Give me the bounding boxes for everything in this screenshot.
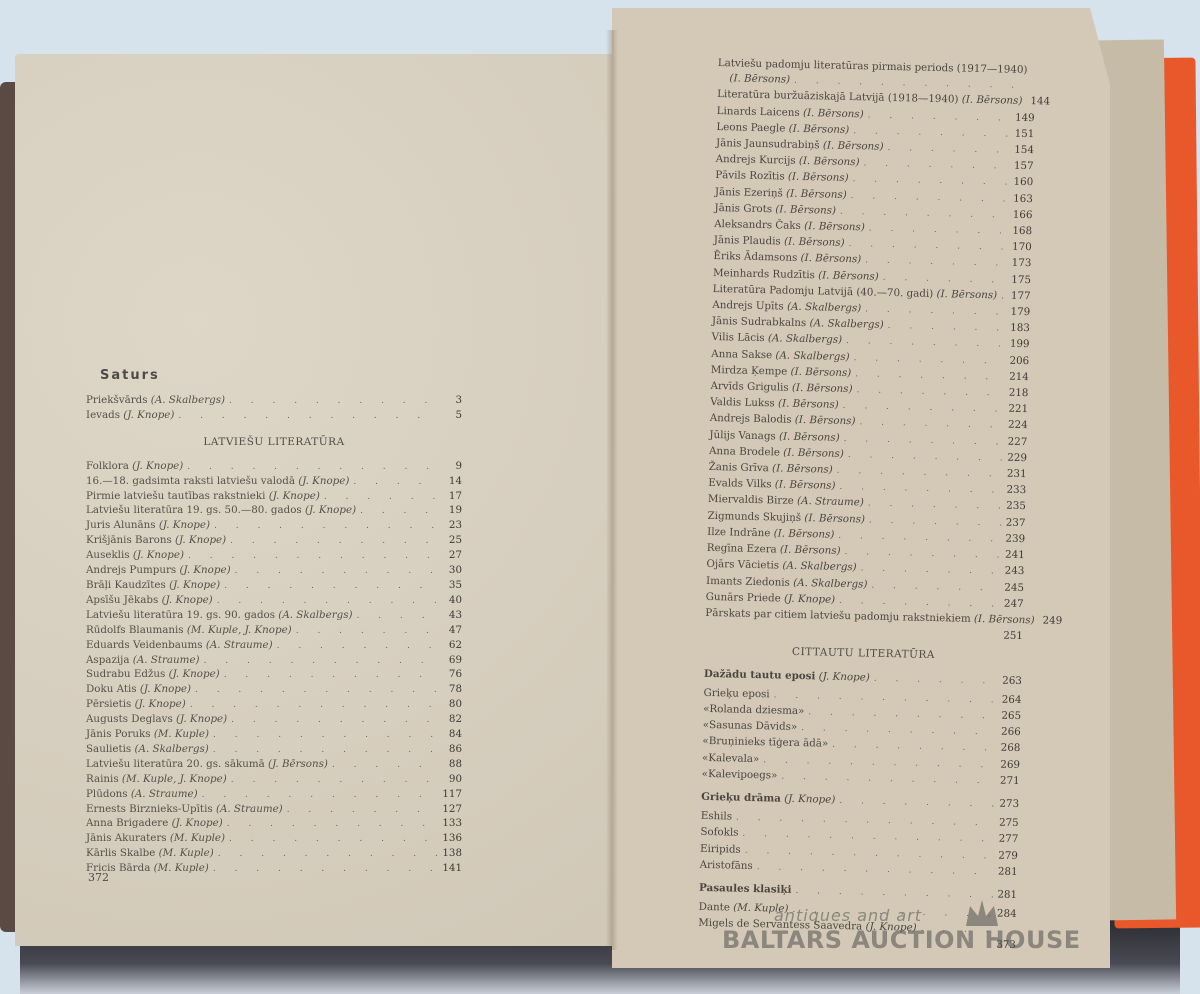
entry-title: Anna Brodele (709, 445, 780, 459)
entry-title: Jānis Akuraters (86, 832, 167, 844)
entry-title: Linards Laicens (717, 105, 800, 119)
entry-title: Literatūra Padomju Latvijā (40.—70. gadi… (713, 283, 934, 300)
entry-page: 80 (444, 698, 462, 712)
entry-page: 76 (444, 668, 462, 682)
entry-title: Imants Ziedonis (706, 574, 790, 588)
entry-author: (A. Skalbergs) (793, 576, 867, 590)
entry-author: (I. Bērsons) (783, 446, 844, 459)
entry-author: (I. Bērsons) (788, 171, 849, 184)
entry-page: 17 (444, 490, 462, 504)
entry-title: Pasaules klasiķi (699, 882, 792, 896)
entry-title: 16.—18. gadsimta raksti latviešu valodā (86, 475, 295, 487)
entry-author: (I. Bērsons) (974, 613, 1035, 626)
entry-page: 237 (1006, 515, 1026, 531)
entry-page: 241 (1005, 548, 1025, 564)
entry-page: 265 (1001, 709, 1021, 725)
entry-page: 141 (442, 862, 462, 876)
entry-author: (I. Bērsons) (786, 187, 847, 200)
entry-page: 179 (1010, 305, 1030, 321)
toc-entry: Brāļi Kaudzītes (J. Knope). . . . . . . … (86, 579, 462, 594)
toc-entry: Latviešu literatūra 20. gs. sākumā (J. B… (86, 758, 462, 773)
entry-page: 239 (1005, 532, 1025, 548)
entry-page: 279 (998, 848, 1018, 864)
entry-author: (J. Knope) (123, 409, 174, 421)
entry-page: 229 (1007, 451, 1027, 467)
entry-title: «Kalevipoegs» (702, 768, 778, 782)
entry-author: (I. Bērsons) (772, 462, 833, 475)
toc-entry: Latviešu literatūra 19. gs. 50.—80. gado… (86, 504, 462, 519)
entry-page: 245 (1004, 580, 1024, 596)
entry-title: Zigmunds Skujiņš (707, 510, 801, 524)
toc-entry: Ievads (J. Knope). . . . . . . . . . . .… (86, 409, 462, 424)
entry-title: Saulietis (86, 743, 131, 755)
toc-entry: Ernests Birznieks-Upītis (A. Straume). .… (86, 803, 462, 818)
entry-page: 117 (442, 788, 462, 802)
entry-author: (I. Bērsons) (818, 269, 879, 282)
entry-page: 271 (1000, 773, 1020, 789)
entry-page: 277 (998, 832, 1018, 848)
entry-author: (I. Bērsons) (936, 288, 997, 301)
entry-title: Mirdza Ķempe (711, 364, 788, 378)
entry-title: Folklora (86, 460, 129, 472)
entry-author: (J. Knope) (819, 670, 870, 683)
entry-page: 163 (1013, 191, 1033, 207)
entry-page: 268 (1001, 741, 1021, 757)
entry-page: 5 (444, 409, 462, 423)
toc-entry: Kārlis Skalbe (M. Kuple). . . . . . . . … (86, 847, 462, 862)
entry-page: 84 (444, 728, 462, 742)
entry-page: 160 (1013, 175, 1033, 191)
toc-entry: Apsīšu Jēkabs (J. Knope). . . . . . . . … (86, 594, 462, 609)
entry-author: (A. Skalbergs) (782, 560, 856, 574)
entry-author: (I. Bērsons) (779, 430, 840, 443)
entry-author: (M. Kuple) (154, 728, 209, 740)
entry-page: 273 (999, 797, 1019, 813)
toc-entry: Pērsietis (J. Knope). . . . . . . . . . … (86, 698, 462, 713)
entry-author: (J. Knope) (132, 460, 183, 472)
entry-title: Jānis Poruks (86, 728, 151, 740)
entry-page: 269 (1000, 757, 1020, 773)
toc-entry: Priekšvārds (A. Skalbergs). . . . . . . … (86, 394, 462, 409)
entry-page: 27 (444, 549, 462, 563)
entry-title: Rainis (86, 773, 119, 785)
entry-page: 235 (1006, 499, 1026, 515)
entry-page: 249 (1042, 613, 1062, 629)
entry-author: (J. Knope) (179, 564, 230, 576)
entry-author: (J. Knope) (175, 534, 226, 546)
entry-page: 221 (1008, 402, 1028, 418)
entry-title: Pirmie latviešu tautības rakstnieki (86, 490, 265, 502)
entry-page: 136 (442, 832, 462, 846)
entry-page: 35 (444, 579, 462, 593)
entry-author: (J. Knope) (305, 504, 356, 516)
entry-author: (I. Bērsons) (800, 252, 861, 265)
entry-author: (I. Bērsons) (962, 94, 1023, 107)
watermark-subtitle: antiques and art (774, 906, 922, 925)
entry-page: 86 (444, 743, 462, 757)
entry-page: 3 (444, 394, 462, 408)
entry-page: 166 (1013, 208, 1033, 224)
entry-page: 30 (444, 564, 462, 578)
entry-title: Sofokls (700, 826, 738, 839)
section-heading-foreign: CITTAUTU LITERATŪRA (704, 643, 1022, 665)
entry-page: 157 (1014, 159, 1034, 175)
entry-author: (A. Skalbergs) (135, 743, 209, 755)
entry-page: 173 (1012, 256, 1032, 272)
entry-author: (A. Straume) (133, 654, 200, 666)
toc-entry: Krišjānis Barons (J. Knope). . . . . . .… (86, 534, 462, 549)
book-photo: Saturs Priekšvārds (A. Skalbergs). . . .… (0, 0, 1200, 994)
toc-entry: Rūdolfs Blaumanis (M. Kuple, J. Knope). … (86, 624, 462, 639)
entry-title: Auseklis (86, 549, 130, 561)
entry-author: (J. Knope) (169, 668, 220, 680)
entry-title: Aspazija (86, 654, 130, 666)
entry-page: 281 (998, 864, 1018, 880)
entry-author: (I. Bērsons) (780, 544, 841, 557)
entry-author: (J. Knope) (269, 490, 320, 502)
entry-page: 14 (444, 475, 462, 489)
entry-title: Ēriks Ādamsons (713, 250, 797, 264)
entry-title: Jānis Ezeriņš (715, 186, 783, 200)
entry-title: Evalds Vilks (708, 477, 772, 490)
entry-author: (M. Kuple, J. Knope) (187, 624, 292, 636)
toc-entry: Fricis Bārda (M. Kuple). . . . . . . . .… (86, 862, 462, 877)
entry-title: Regīna Ezera (707, 542, 777, 556)
entry-author: (J. Knope) (169, 579, 220, 591)
entry-page: 47 (444, 624, 462, 638)
entry-page: 9 (444, 460, 462, 474)
entry-title: «Kalevala» (702, 751, 759, 764)
entry-title: Latviešu literatūra 19. gs. 90. gados (86, 609, 275, 621)
entry-title: Anna Brigadere (86, 817, 168, 829)
entry-author: (I. Bērsons) (774, 527, 835, 540)
toc-entry: Andrejs Pumpurs (J. Knope). . . . . . . … (86, 564, 462, 579)
entry-author: (I. Bērsons) (784, 236, 845, 249)
entry-title: Doku Atis (86, 683, 137, 695)
entry-title: Latviešu literatūra 19. gs. 50.—80. gado… (86, 504, 302, 516)
entry-title: Apsīšu Jēkabs (86, 594, 158, 606)
entry-author: (J. Knope) (784, 592, 835, 605)
entry-author: (I. Bērsons) (823, 139, 884, 152)
entry-page: 88 (444, 758, 462, 772)
entry-page: 264 (1002, 692, 1022, 708)
entry-title: Eduards Veidenbaums (86, 639, 203, 651)
entry-title: «Sasunas Dāvids» (703, 719, 798, 733)
entry-title: Jānis Jaunsudrabiņš (716, 137, 820, 151)
entry-author: (J. Knope) (162, 594, 213, 606)
entry-page: 133 (442, 817, 462, 831)
toc-entry: Folklora (J. Knope). . . . . . . . . . .… (86, 460, 462, 475)
entry-author: (I. Bērsons) (799, 155, 860, 168)
entry-page: 218 (1009, 386, 1029, 402)
entry-author: (I. Bērsons) (803, 107, 864, 120)
toc-heading: Saturs (100, 368, 160, 383)
entry-author: (J. Knope) (298, 475, 349, 487)
watermark: antiques and art BALTARS AUCTION HOUSE (722, 906, 1102, 966)
entry-title: Pērsietis (86, 698, 131, 710)
toc-entry: Eduards Veidenbaums (A. Straume). . . . … (86, 639, 462, 654)
entry-page: 149 (1015, 110, 1035, 126)
entry-author: (J. Knope) (172, 817, 223, 829)
entry-author: (J. Knope) (133, 549, 184, 561)
toc-entry: Jānis Poruks (M. Kuple). . . . . . . . .… (86, 728, 462, 743)
section-heading-latvian: LATVIEŠU LITERATŪRA (86, 436, 462, 450)
entry-title: Grieķu eposi (703, 687, 769, 700)
entry-title: Dažādu tautu eposi (704, 667, 816, 682)
entry-title: Brāļi Kaudzītes (86, 579, 166, 591)
entry-page: 231 (1007, 467, 1027, 483)
entry-title: Rūdolfs Blaumanis (86, 624, 184, 636)
crown-icon (962, 898, 1002, 928)
entry-title: Žanis Grīva (709, 461, 769, 474)
entry-page: 154 (1014, 143, 1034, 159)
entry-author: (J. Knope) (784, 793, 835, 806)
entry-title: Eshils (701, 810, 733, 823)
entry-title: Vilis Lācis (711, 331, 764, 344)
entry-author: (I. Bērsons) (804, 220, 865, 233)
entry-page: 214 (1009, 370, 1029, 386)
entry-title: Pāvils Rozītis (715, 169, 785, 183)
book-gutter (606, 30, 618, 950)
entry-author: (I. Bērsons) (775, 479, 836, 492)
entry-title: Jānis Plaudis (714, 234, 781, 248)
toc-entry: Latviešu literatūra 19. gs. 90. gados (A… (86, 609, 462, 624)
entry-page: 127 (442, 803, 462, 817)
toc-entry: Jānis Akuraters (M. Kuple). . . . . . . … (86, 832, 462, 847)
entry-page: 168 (1012, 224, 1032, 240)
entry-page: 206 (1009, 353, 1029, 369)
entry-title: Gunārs Priede (706, 591, 781, 605)
entry-page: 138 (442, 847, 462, 861)
entry-author: (A. Skalbergs) (278, 609, 352, 621)
entry-page: 199 (1010, 337, 1030, 353)
toc-entry: Anna Brigadere (J. Knope). . . . . . . .… (86, 817, 462, 832)
entry-title: Ilze Indrāne (707, 526, 770, 539)
entry-author: (A. Straume) (797, 495, 864, 509)
entry-title: «Bruņinieks tīģera ādā» (702, 735, 828, 750)
entry-title: Arvīds Grigulis (710, 380, 788, 394)
toc-entry: Augusts Deglavs (J. Knope). . . . . . . … (86, 713, 462, 728)
entry-page: 43 (444, 609, 462, 623)
entry-page: 177 (1011, 289, 1031, 305)
entry-author: (I. Bērsons) (792, 382, 853, 395)
watermark-title: BALTARS AUCTION HOUSE (722, 926, 1081, 954)
entry-title: Miervaldis Birze (708, 493, 794, 507)
entry-title: Latviešu literatūra 20. gs. sākumā (86, 758, 265, 770)
entry-title: Plūdons (86, 788, 128, 800)
entry-title: «Rolanda dziesma» (703, 703, 804, 717)
entry-author: (J. Bērsons) (268, 758, 328, 770)
entry-page: 62 (444, 639, 462, 653)
entry-author: (I. Bērsons) (789, 122, 850, 135)
entry-title: Kārlis Skalbe (86, 847, 155, 859)
toc-entry: Auseklis (J. Knope). . . . . . . . . . .… (86, 549, 462, 564)
entry-page: 183 (1010, 321, 1030, 337)
entry-author: (I. Bērsons) (795, 414, 856, 427)
entry-title: Anna Sakse (711, 348, 772, 361)
entry-title: Andrejs Balodis (710, 412, 792, 426)
entry-author: (M. Kuple) (154, 862, 209, 874)
entry-title: Grieķu drāma (701, 791, 781, 805)
entry-author: (M. Kuple) (170, 832, 225, 844)
entry-title: Aristofāns (700, 859, 753, 872)
entry-page: 175 (1011, 272, 1031, 288)
entry-page: 78 (444, 683, 462, 697)
entry-title: Jānis Grots (714, 202, 772, 215)
page-number-left: 372 (88, 871, 109, 884)
entry-author: (J. Knope) (159, 519, 210, 531)
entry-page: 69 (444, 654, 462, 668)
entry-author: (I. Bērsons) (790, 366, 851, 379)
entry-title: Leons Paegle (716, 121, 785, 135)
entry-author: (J. Knope) (176, 713, 227, 725)
entry-page: 40 (444, 594, 462, 608)
entry-title: Ernests Birznieks-Upītis (86, 803, 213, 815)
entry-page: 25 (444, 534, 462, 548)
entry-title: Krišjānis Barons (86, 534, 172, 546)
entry-title: Valdis Lukss (710, 396, 775, 409)
entry-author: (A. Skalbergs) (787, 301, 861, 315)
entry-title: Augusts Deglavs (86, 713, 173, 725)
entry-title: Andrejs Pumpurs (86, 564, 176, 576)
entry-author: (A. Skalbergs) (775, 349, 849, 363)
toc-entry: Juris Alunāns (J. Knope). . . . . . . . … (86, 519, 462, 534)
entry-title: Meinhards Rudzītis (713, 267, 815, 281)
entry-page: 23 (444, 519, 462, 533)
entry-author: (I. Bērsons) (804, 512, 865, 525)
entry-page: 82 (444, 713, 462, 727)
entry-author: (A. Straume) (131, 788, 198, 800)
entry-author: (A. Straume) (216, 803, 283, 815)
toc-entry: Sudrabu Edžus (J. Knope). . . . . . . . … (86, 668, 462, 683)
entry-page: 247 (1004, 596, 1024, 612)
entry-title: Sudrabu Edžus (86, 668, 165, 680)
entry-page: 227 (1007, 434, 1027, 450)
toc-entry: Plūdons (A. Straume). . . . . . . . . . … (86, 788, 462, 803)
toc-entry: Pirmie latviešu tautības rakstnieki (J. … (86, 490, 462, 505)
entry-title: Ievads (86, 409, 120, 421)
toc-entry: Aspazija (A. Straume). . . . . . . . . .… (86, 654, 462, 669)
entry-title: Andrejs Kurcijs (716, 153, 796, 167)
entry-page: 275 (999, 816, 1019, 832)
entry-page: 263 (1002, 673, 1022, 689)
entry-author: (M. Kuple, J. Knope) (122, 773, 227, 785)
entry-title: Eiripids (700, 842, 741, 855)
toc-entry: Doku Atis (J. Knope). . . . . . . . . . … (86, 683, 462, 698)
entry-page: 243 (1005, 564, 1025, 580)
entry-page: 144 (1030, 95, 1050, 111)
entry-author: (M. Kuple) (159, 847, 214, 859)
entry-title: Jānis Sudrabkalns (712, 315, 807, 329)
entry-page: 90 (444, 773, 462, 787)
entry-page: 224 (1008, 418, 1028, 434)
toc-entry: Rainis (M. Kuple, J. Knope). . . . . . .… (86, 773, 462, 788)
entry-page: 170 (1012, 240, 1032, 256)
entry-page: 266 (1001, 725, 1021, 741)
entry-author: (A. Skalbergs) (809, 317, 883, 331)
entry-author: (J. Knope) (140, 683, 191, 695)
entry-author: (A. Skalbergs) (768, 333, 842, 347)
entry-author: (A. Straume) (206, 639, 273, 651)
toc-right: Latviešu padomju literatūras pirmais per… (698, 56, 1036, 953)
entry-author: (A. Skalbergs) (151, 394, 225, 406)
entry-author: (J. Knope) (135, 698, 186, 710)
entry-page: 233 (1006, 483, 1026, 499)
toc-left: Priekšvārds (A. Skalbergs). . . . . . . … (86, 394, 462, 877)
entry-author: (I. Bērsons) (775, 203, 836, 216)
entry-title: Priekšvārds (86, 394, 148, 406)
entry-title: Aleksandrs Čaks (714, 218, 801, 232)
entry-title: Jūlijs Vanags (709, 429, 776, 443)
entry-title: Ojārs Vācietis (706, 558, 779, 572)
toc-entry: 16.—18. gadsimta raksti latviešu valodā … (86, 475, 462, 490)
entry-page: 151 (1014, 127, 1034, 143)
entry-author: (I. Bērsons) (778, 398, 839, 411)
entry-page: 19 (444, 504, 462, 518)
toc-entry: Saulietis (A. Skalbergs). . . . . . . . … (86, 743, 462, 758)
entry-title: Juris Alunāns (86, 519, 156, 531)
entry-title: Andrejs Upīts (712, 299, 784, 313)
